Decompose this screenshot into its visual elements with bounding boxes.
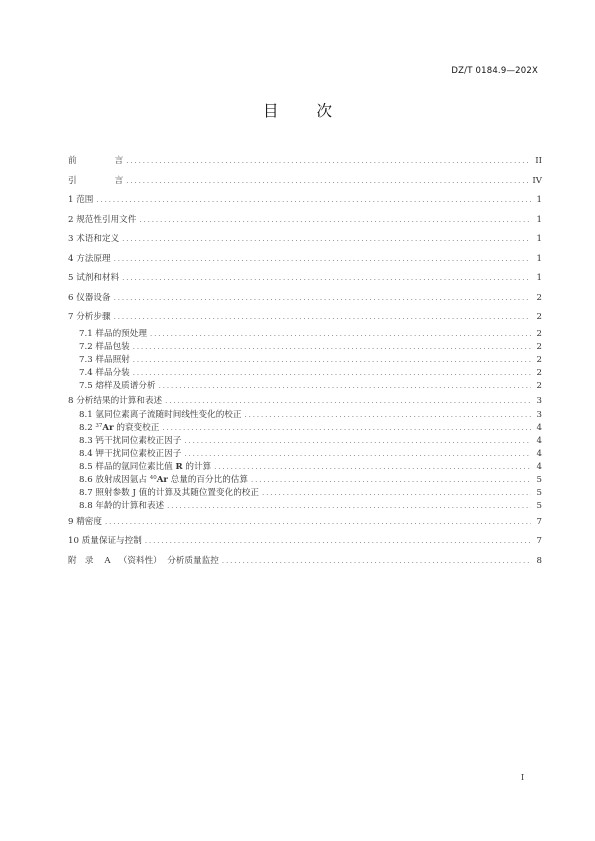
toc-entry[interactable]: 2 规范性引用文件1 — [68, 211, 542, 231]
leader-dots — [126, 152, 531, 172]
toc-page-number: 1 — [534, 250, 542, 270]
toc-entry-appendix-a[interactable]: 附 录 A （资料性） 分析质量监控 8 — [68, 552, 542, 572]
leader-dots — [214, 461, 531, 474]
leader-dots — [159, 380, 531, 393]
toc-subentry[interactable]: 8.7 照射参数 J 值的计算及其随位置变化的校正5 — [68, 487, 542, 500]
toc-label: 8.6 放射成因氩占 40Ar 总量的百分比的估算 — [79, 474, 248, 487]
toc-page-number: 1 — [534, 269, 542, 289]
toc-page-number: 2 — [534, 380, 542, 393]
toc-label: 前言 — [68, 152, 123, 172]
toc-label: 3 术语和定义 — [68, 230, 119, 250]
toc-subentry[interactable]: 8.6 放射成因氩占 40Ar 总量的百分比的估算5 — [68, 474, 542, 487]
leader-dots — [162, 422, 531, 435]
toc-label: 7.3 样品照射 — [79, 354, 130, 367]
toc-label: 8.1 氩同位素离子流随时间线性变化的校正 — [79, 409, 242, 422]
toc-label: 附 录 A （资料性） 分析质量监控 — [68, 552, 219, 572]
toc-entry-foreword[interactable]: 前言 II — [68, 152, 542, 172]
leader-dots — [133, 341, 531, 354]
toc-page-number: 2 — [534, 308, 542, 328]
toc-page-number: 5 — [534, 500, 542, 513]
toc-label: 5 试剂和材料 — [68, 269, 119, 289]
leader-dots — [133, 367, 531, 380]
toc-label: 8.4 钾干扰同位素校正因子 — [79, 448, 181, 461]
document-code: DZ/T 0184.9—202X — [451, 66, 538, 76]
leader-dots — [133, 354, 531, 367]
toc-page-number: 7 — [534, 532, 542, 552]
leader-dots — [114, 289, 531, 309]
toc-page-number: 3 — [534, 409, 542, 422]
leader-dots — [114, 308, 531, 328]
toc-label: 8.2 37Ar 的衰变校正 — [79, 422, 159, 435]
leader-dots — [167, 500, 531, 513]
toc-label: 10 质量保证与控制 — [68, 532, 142, 552]
toc-subentry[interactable]: 8.4 钾干扰同位素校正因子4 — [68, 448, 542, 461]
toc-entry[interactable]: 7 分析步骤2 — [68, 308, 542, 328]
toc-entry[interactable]: 9 精密度7 — [68, 513, 542, 533]
title-char-2: 次 — [317, 99, 333, 121]
toc-page-number: 2 — [534, 289, 542, 309]
leader-dots — [122, 230, 531, 250]
page-title: 目次 — [0, 99, 595, 121]
toc-label: 6 仪器设备 — [68, 289, 111, 309]
leader-dots — [114, 250, 531, 270]
toc-entry[interactable]: 3 术语和定义1 — [68, 230, 542, 250]
toc-page-number: 1 — [534, 230, 542, 250]
toc-page-number: IV — [532, 172, 542, 192]
toc-page-number: 1 — [534, 211, 542, 231]
toc-page-number: 8 — [534, 552, 542, 572]
toc-page-number: 7 — [534, 513, 542, 533]
toc-subentry[interactable]: 8.8 年龄的计算和表述5 — [68, 500, 542, 513]
toc-page-number: II — [534, 152, 542, 172]
toc-entry[interactable]: 1 范围1 — [68, 191, 542, 211]
leader-dots — [126, 172, 529, 192]
toc-label: 8.5 样品的氩同位素比值 R 的计算 — [79, 461, 211, 474]
leader-dots — [222, 552, 531, 572]
toc-subentry[interactable]: 8.5 样品的氩同位素比值 R 的计算4 — [68, 461, 542, 474]
toc-label: 4 方法原理 — [68, 250, 111, 270]
leader-dots — [96, 191, 531, 211]
toc-page-number: 4 — [534, 461, 542, 474]
toc-label: 7.1 样品的预处理 — [79, 328, 147, 341]
leader-dots — [184, 435, 531, 448]
toc-page-number: 4 — [534, 435, 542, 448]
toc-label: 9 精密度 — [68, 513, 102, 533]
toc-subentry[interactable]: 7.3 样品照射2 — [68, 354, 542, 367]
title-char-1: 目 — [263, 99, 279, 121]
leader-dots — [245, 409, 532, 422]
toc-subentry[interactable]: 8.2 37Ar 的衰变校正4 — [68, 422, 542, 435]
toc-label: 2 规范性引用文件 — [68, 211, 136, 231]
toc-page-number: 4 — [534, 422, 542, 435]
toc-subentry[interactable]: 7.5 熔样及质谱分析2 — [68, 380, 542, 393]
toc-page-number: 1 — [534, 191, 542, 211]
leader-dots — [150, 328, 531, 341]
toc-label: 8.3 钙干扰同位素校正因子 — [79, 435, 181, 448]
leader-dots — [262, 487, 531, 500]
toc-label: 7.4 样品分装 — [79, 367, 130, 380]
leader-dots — [145, 532, 531, 552]
leader-dots — [184, 448, 531, 461]
leader-dots — [139, 211, 531, 231]
leader-dots — [165, 393, 531, 409]
toc-subentry[interactable]: 7.1 样品的预处理2 — [68, 328, 542, 341]
toc-label: 7 分析步骤 — [68, 308, 111, 328]
toc-page-number: 2 — [534, 367, 542, 380]
toc-page-number: 5 — [534, 487, 542, 500]
toc-label: 1 范围 — [68, 191, 93, 211]
table-of-contents: 前言 II 引言 IV 1 范围1 2 规范性引用文件1 3 术语和定义1 4 … — [68, 152, 542, 571]
toc-page-number: 3 — [534, 393, 542, 409]
leader-dots — [122, 269, 531, 289]
toc-label: 引言 — [68, 172, 123, 192]
toc-entry[interactable]: 6 仪器设备2 — [68, 289, 542, 309]
toc-page-number: 2 — [534, 341, 542, 354]
leader-dots — [251, 474, 531, 487]
page-number: I — [521, 773, 524, 782]
toc-page-number: 4 — [534, 448, 542, 461]
toc-subentry[interactable]: 7.4 样品分装2 — [68, 367, 542, 380]
toc-subentry[interactable]: 8.3 钙干扰同位素校正因子4 — [68, 435, 542, 448]
toc-entry-introduction[interactable]: 引言 IV — [68, 172, 542, 192]
toc-entry[interactable]: 5 试剂和材料1 — [68, 269, 542, 289]
toc-entry[interactable]: 10 质量保证与控制7 — [68, 532, 542, 552]
toc-label: 8.7 照射参数 J 值的计算及其随位置变化的校正 — [79, 487, 259, 500]
toc-label: 7.5 熔样及质谱分析 — [79, 380, 156, 393]
toc-entry[interactable]: 4 方法原理1 — [68, 250, 542, 270]
toc-page-number: 5 — [534, 474, 542, 487]
toc-entry[interactable]: 8 分析结果的计算和表述3 — [68, 393, 542, 409]
leader-dots — [105, 513, 531, 533]
toc-label: 8 分析结果的计算和表述 — [68, 393, 162, 409]
toc-subentry[interactable]: 8.1 氩同位素离子流随时间线性变化的校正3 — [68, 409, 542, 422]
toc-page-number: 2 — [534, 354, 542, 367]
toc-page-number: 2 — [534, 328, 542, 341]
toc-label: 8.8 年龄的计算和表述 — [79, 500, 164, 513]
toc-subentry[interactable]: 7.2 样品包装2 — [68, 341, 542, 354]
toc-label: 7.2 样品包装 — [79, 341, 130, 354]
